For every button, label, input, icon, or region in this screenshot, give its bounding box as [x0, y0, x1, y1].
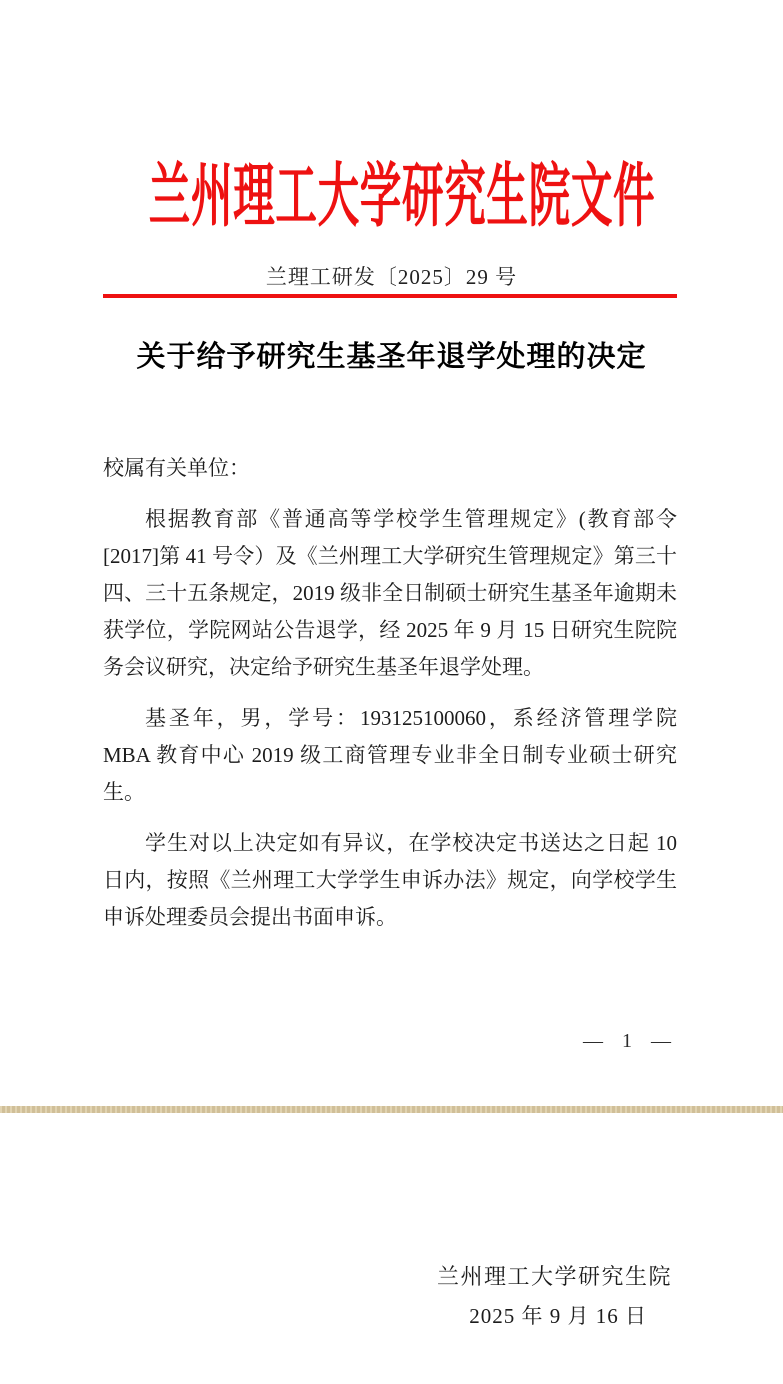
body-paragraph-3: 学生对以上决定如有异议，在学校决定书送达之日起 10 日内，按照《兰州理工大学学…	[103, 825, 677, 936]
masthead-title-text: 兰州理工大学研究生院文件	[149, 140, 656, 240]
salutation-line: 校属有关单位：	[103, 450, 677, 487]
document-masthead: 兰州理工大学研究生院文件	[0, 142, 783, 237]
official-document-page: 兰州理工大学研究生院文件 兰理工研发〔2025〕29 号 关于给予研究生基圣年退…	[0, 0, 783, 1384]
document-subject-title: 关于给予研究生基圣年退学处理的决定	[0, 334, 783, 375]
document-number: 兰理工研发〔2025〕29 号	[0, 261, 783, 291]
body-paragraph-2: 基圣年，男，学号：193125100060，系经济管理学院 MBA 教育中心 2…	[103, 700, 677, 811]
document-body: 校属有关单位： 根据教育部《普通高等学校学生管理规定》(教育部令[2017]第 …	[103, 450, 677, 936]
issuing-authority-signature: 兰州理工大学研究生院	[437, 1260, 672, 1291]
red-rule-divider	[103, 294, 677, 298]
page-number: — 1 —	[583, 1030, 673, 1053]
issue-date: 2025 年 9 月 16 日	[469, 1300, 647, 1330]
body-paragraph-1: 根据教育部《普通高等学校学生管理规定》(教育部令[2017]第 41 号令）及《…	[103, 501, 677, 686]
page-break-divider	[0, 1106, 783, 1113]
